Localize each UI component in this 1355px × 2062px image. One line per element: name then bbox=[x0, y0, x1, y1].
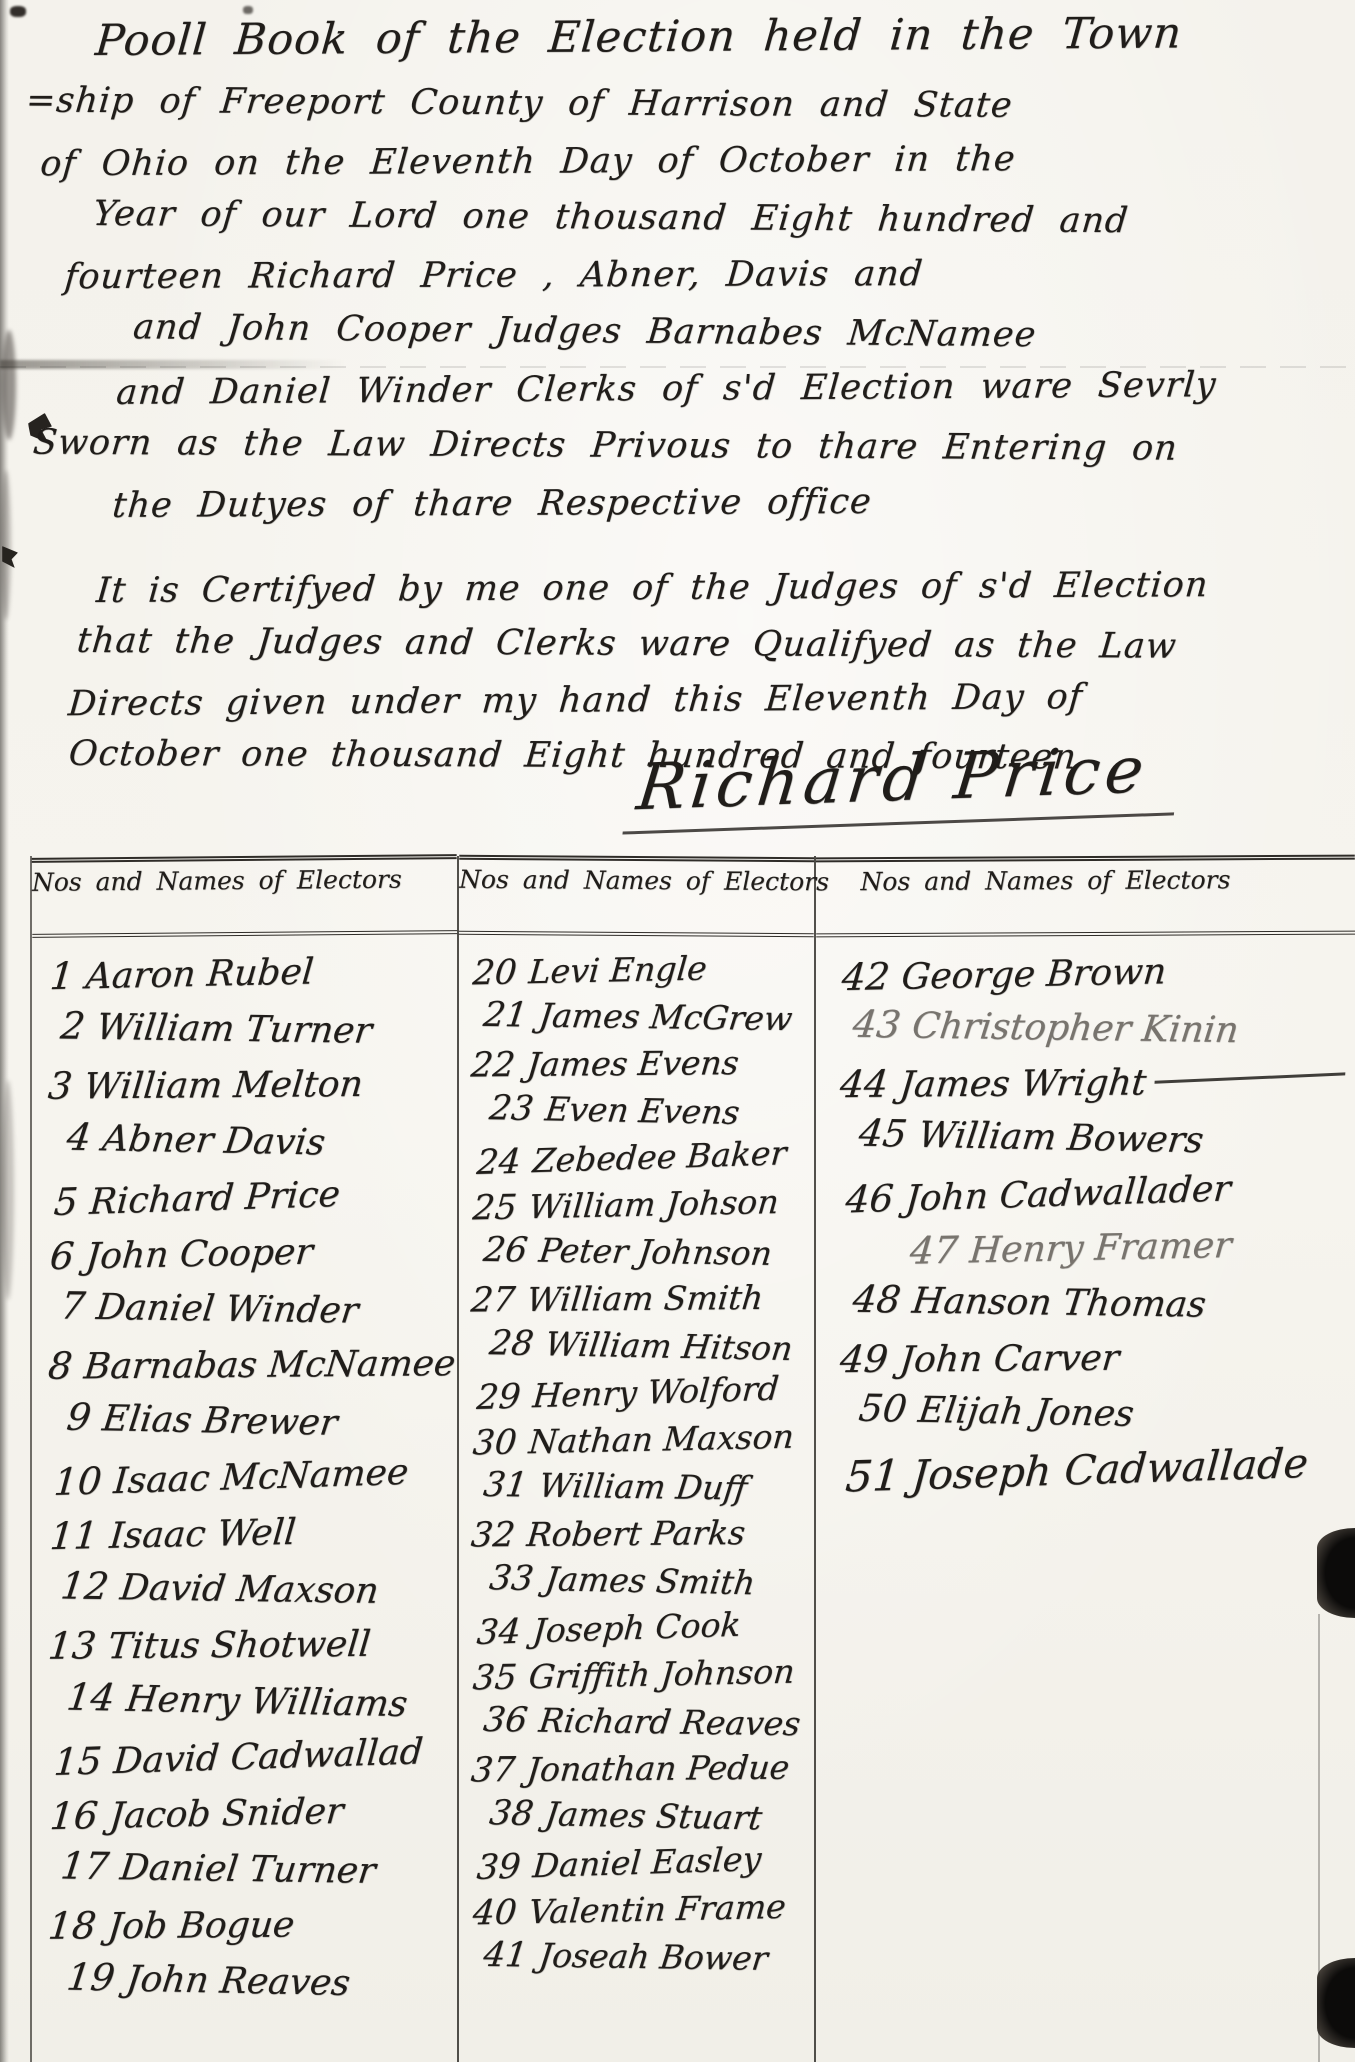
elector-name: Elijah Jones bbox=[916, 1390, 1136, 1435]
elector-name: Valentin Frame bbox=[527, 1887, 787, 1931]
electors-list: 42George Brown 43Christopher Kinin 44Jam… bbox=[816, 936, 1355, 1500]
elector-row: 17Daniel Turner bbox=[43, 1843, 474, 1905]
title-line: fourteen Richard Price , Abner, Davis an… bbox=[0, 253, 1343, 315]
elector-number: 44 bbox=[838, 1062, 890, 1106]
elector-name: William Hitson bbox=[543, 1324, 795, 1368]
elector-number: 32 bbox=[469, 1515, 517, 1555]
elector-row: 44James Wright bbox=[815, 1058, 1355, 1118]
elector-number: 50 bbox=[856, 1386, 909, 1431]
elector-name: Nathan Maxson bbox=[527, 1417, 795, 1462]
elector-row: 13Titus Shotwell bbox=[31, 1620, 462, 1680]
elector-name: Elias Brewer bbox=[100, 1398, 340, 1444]
elector-number: 21 bbox=[481, 995, 529, 1036]
elector-row: 11Isaac Well bbox=[33, 1505, 464, 1570]
elector-number: 6 bbox=[48, 1234, 76, 1278]
elector-number: 2 bbox=[58, 1003, 87, 1047]
elector-number: 17 bbox=[58, 1843, 111, 1888]
elector-number: 43 bbox=[850, 1002, 903, 1047]
elector-name: Richard Price bbox=[88, 1174, 341, 1223]
elector-number: 30 bbox=[471, 1423, 518, 1464]
elector-name: Daniel Easley bbox=[531, 1839, 762, 1885]
elector-row: 21James McGrew bbox=[470, 995, 830, 1047]
elector-name: Daniel Winder bbox=[94, 1287, 360, 1332]
column-header: Nos and Names of Electors bbox=[816, 855, 1355, 938]
elector-name: Henry Williams bbox=[124, 1679, 410, 1725]
elector-name: Joseph Cook bbox=[531, 1605, 742, 1650]
electors-column-1: Nos and Names of Electors 1Aaron Rubel 2… bbox=[32, 856, 457, 2062]
elector-number: 23 bbox=[487, 1088, 536, 1129]
elector-row: 1Aaron Rubel bbox=[33, 945, 464, 1010]
elector-name: George Brown bbox=[900, 951, 1168, 998]
elector-row: 32Robert Parks bbox=[459, 1512, 819, 1562]
elector-name: Henry Framer bbox=[968, 1225, 1233, 1271]
column-header: Nos and Names of Electors bbox=[32, 854, 458, 938]
elector-name: Isaac Well bbox=[108, 1512, 297, 1557]
elector-name: Christopher Kinin bbox=[910, 1006, 1241, 1052]
elector-name: William Duff bbox=[537, 1466, 749, 1508]
elector-name: John Carver bbox=[898, 1338, 1121, 1381]
elector-number: 9 bbox=[64, 1395, 93, 1439]
elector-number: 26 bbox=[481, 1230, 529, 1271]
elector-number: 51 bbox=[844, 1451, 902, 1503]
elector-row: 19John Reaves bbox=[49, 1954, 480, 2018]
elector-number: 49 bbox=[838, 1337, 890, 1381]
elector-number: 25 bbox=[471, 1188, 518, 1229]
elector-row: 16Jacob Snider bbox=[33, 1785, 464, 1850]
binder-hole-shadow bbox=[1317, 1958, 1355, 2048]
title-line: the Dutyes of thare Respective office bbox=[0, 479, 1343, 543]
elector-number: 29 bbox=[475, 1377, 522, 1418]
elector-name: Joseah Bower bbox=[537, 1936, 770, 1978]
elector-name: William Turner bbox=[94, 1007, 374, 1052]
elector-number: 36 bbox=[481, 1700, 529, 1741]
elector-name: Aaron Rubel bbox=[84, 952, 315, 998]
elector-name: Jacob Snider bbox=[108, 1791, 345, 1837]
elector-row: 37Jonathan Pedue bbox=[459, 1747, 819, 1797]
electors-table: Nos and Names of Electors 1Aaron Rubel 2… bbox=[30, 856, 1355, 2062]
elector-name: Peter Johnson bbox=[537, 1231, 774, 1273]
elector-name: David Maxson bbox=[118, 1567, 381, 1612]
elector-number: 14 bbox=[64, 1675, 117, 1720]
elector-number: 11 bbox=[48, 1513, 99, 1558]
title-line: Sworn as the Law Directs Privous to thar… bbox=[0, 422, 1342, 486]
elector-number: 48 bbox=[850, 1277, 903, 1322]
title-line: =ship of Freeport County of Harrison and… bbox=[0, 80, 1342, 144]
elector-number: 35 bbox=[471, 1658, 518, 1699]
elector-number: 31 bbox=[481, 1465, 529, 1506]
elector-row: 3William Melton bbox=[31, 1060, 462, 1120]
elector-number: 4 bbox=[64, 1115, 93, 1159]
elector-number: 27 bbox=[469, 1280, 517, 1320]
elector-row: 48Hanson Thomas bbox=[827, 1276, 1355, 1339]
elector-number: 33 bbox=[487, 1558, 536, 1599]
elector-number: 12 bbox=[58, 1563, 111, 1608]
elector-row: 35Griffith Johnson bbox=[461, 1651, 821, 1705]
elector-row: 49John Carver bbox=[815, 1333, 1355, 1393]
binder-hole-shadow bbox=[1317, 1528, 1355, 1618]
elector-row: 40Valentin Frame bbox=[461, 1886, 821, 1940]
elector-name: Job Bogue bbox=[106, 1905, 296, 1948]
elector-number: 38 bbox=[487, 1793, 536, 1834]
elector-name: James Smith bbox=[543, 1559, 758, 1602]
elector-name: Richard Reaves bbox=[537, 1701, 803, 1744]
elector-row: 18Job Bogue bbox=[31, 1900, 462, 1960]
elector-row: 27William Smith bbox=[459, 1277, 819, 1327]
page-edge-line bbox=[1318, 1614, 1320, 2062]
title-line: Year of our Lord one thousand Eight hund… bbox=[0, 193, 1342, 259]
elector-row: 22James Evens bbox=[459, 1042, 819, 1092]
title-line: Pooll Book of the Election held in the T… bbox=[0, 7, 1343, 88]
elector-name: Henry Wolford bbox=[531, 1369, 780, 1416]
electors-column-2: Nos and Names of Electors 20Levi Engle 2… bbox=[457, 856, 814, 2062]
elector-name: James McGrew bbox=[537, 996, 795, 1039]
elector-number: 7 bbox=[58, 1283, 87, 1327]
elector-number: 3 bbox=[46, 1064, 74, 1108]
title-line: of Ohio on the Eleventh Day of October i… bbox=[0, 137, 1343, 201]
elector-number: 45 bbox=[856, 1111, 909, 1156]
title-line: and Daniel Winder Clerks of s'd Election… bbox=[0, 364, 1343, 430]
elector-row: 43Christopher Kinin bbox=[827, 1001, 1355, 1064]
certification-line: It is Certifyed by me one of the Judges … bbox=[0, 564, 1343, 627]
elector-row: 2William Turner bbox=[43, 1003, 474, 1065]
column-header: Nos and Names of Electors bbox=[459, 855, 815, 937]
elector-name: Barnabas McNamee bbox=[82, 1343, 457, 1387]
elector-number: 40 bbox=[471, 1893, 518, 1934]
elector-number: 13 bbox=[46, 1623, 98, 1667]
elector-name: Griffith Johnson bbox=[527, 1652, 796, 1697]
elector-row: 26Peter Johnson bbox=[470, 1230, 830, 1282]
elector-number: 18 bbox=[46, 1903, 98, 1947]
elector-name: John Cadwallader bbox=[904, 1168, 1232, 1219]
elector-name: John Cooper bbox=[84, 1232, 314, 1278]
elector-number: 1 bbox=[48, 954, 76, 998]
elector-row: 42George Brown bbox=[817, 944, 1355, 1010]
elector-name: Zebedee Baker bbox=[531, 1133, 788, 1180]
elector-number: 5 bbox=[52, 1179, 79, 1224]
elector-name: Levi Engle bbox=[527, 949, 708, 992]
elector-name: James Evens bbox=[525, 1043, 741, 1084]
elector-row: 12David Maxson bbox=[43, 1563, 474, 1625]
elector-number: 22 bbox=[469, 1045, 517, 1085]
certification-line: that the Judges and Clerks ware Qualifye… bbox=[0, 620, 1342, 683]
elector-row: 7Daniel Winder bbox=[43, 1283, 474, 1345]
certification-line: Directs given under my hand this Elevent… bbox=[0, 675, 1343, 740]
elector-name: Hanson Thomas bbox=[910, 1281, 1208, 1326]
elector-name: Even Evens bbox=[543, 1089, 742, 1132]
elector-name: Abner Davis bbox=[100, 1118, 327, 1163]
title-line: and John Cooper Judges Barnabes McNamee bbox=[0, 306, 1342, 375]
elector-name: James Wright bbox=[898, 1062, 1148, 1105]
electors-column-3: Nos and Names of Electors 42George Brown… bbox=[814, 856, 1355, 2062]
elector-number: 28 bbox=[487, 1323, 536, 1364]
elector-row: 20Levi Engle bbox=[461, 946, 821, 1000]
elector-number: 41 bbox=[481, 1935, 529, 1976]
elector-name: Jonathan Pedue bbox=[525, 1748, 791, 1789]
elector-row: 51Joseph Cadwallade bbox=[821, 1436, 1355, 1508]
elector-number: 15 bbox=[52, 1739, 103, 1784]
ink-blotch bbox=[2, 1080, 14, 1300]
elector-number: 16 bbox=[48, 1793, 99, 1838]
elector-row: 30Nathan Maxson bbox=[461, 1416, 821, 1470]
elector-number: 8 bbox=[46, 1344, 74, 1388]
elector-number: 47 bbox=[908, 1228, 959, 1273]
elector-name: Joseph Cadwallade bbox=[910, 1439, 1310, 1499]
title-paragraph: Pooll Book of the Election held in the T… bbox=[0, 12, 1340, 540]
elector-name: Robert Parks bbox=[525, 1513, 747, 1554]
elector-name: Titus Shotwell bbox=[106, 1624, 372, 1667]
elector-row: 25William Johson bbox=[461, 1181, 821, 1235]
elector-name: William Bowers bbox=[916, 1115, 1206, 1161]
elector-number: 19 bbox=[64, 1955, 117, 2000]
elector-name: Isaac McNamee bbox=[112, 1452, 410, 1502]
elector-number: 10 bbox=[52, 1459, 103, 1504]
elector-row: 36Richard Reaves bbox=[470, 1700, 830, 1752]
elector-number: 46 bbox=[844, 1176, 895, 1221]
elector-name: William Melton bbox=[82, 1064, 365, 1107]
elector-name: John Reaves bbox=[124, 1959, 353, 2004]
elector-row: 8Barnabas McNamee bbox=[31, 1340, 462, 1400]
elector-name: David Cadwallad bbox=[112, 1731, 424, 1782]
elector-name: William Johson bbox=[527, 1182, 780, 1226]
electors-list: 20Levi Engle 21James McGrew 22James Even… bbox=[459, 936, 814, 1984]
elector-number: 42 bbox=[840, 954, 891, 999]
elector-number: 24 bbox=[475, 1142, 522, 1183]
elector-number: 34 bbox=[475, 1612, 522, 1653]
poll-book-page: Pooll Book of the Election held in the T… bbox=[0, 0, 1355, 2062]
elector-number: 20 bbox=[471, 953, 518, 994]
elector-number: 37 bbox=[469, 1750, 517, 1790]
electors-list: 1Aaron Rubel 2William Turner 3William Me… bbox=[32, 936, 457, 2014]
elector-number: 39 bbox=[475, 1847, 522, 1888]
elector-name: Daniel Turner bbox=[118, 1847, 378, 1892]
elector-row: 41Joseah Bower bbox=[470, 1935, 830, 1987]
elector-name: James Stuart bbox=[543, 1794, 764, 1837]
elector-row: 6John Cooper bbox=[33, 1225, 464, 1290]
elector-row: 47Henry Framer bbox=[817, 1219, 1355, 1285]
elector-name: William Smith bbox=[525, 1278, 765, 1319]
elector-row: 31William Duff bbox=[470, 1465, 830, 1517]
